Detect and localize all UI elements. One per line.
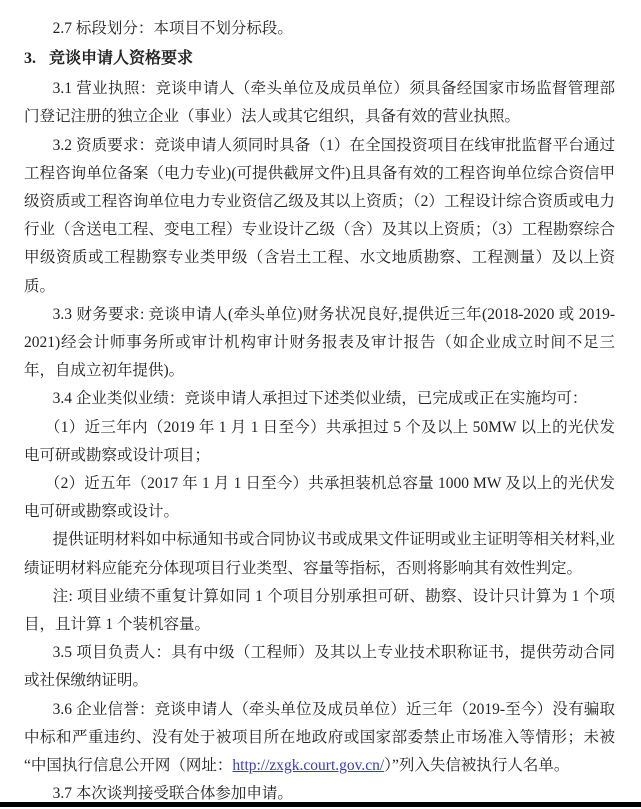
paragraph-3-5-project-manager: 3.5 项目负责人：具有中级（工程师）及其以上专业技术职称证书，提供劳动合同或社… bbox=[24, 639, 615, 695]
court-website-link[interactable]: http://zxgk.court.gov.cn/ bbox=[232, 757, 384, 774]
paragraph-3-4-track-record: 3.4 企业类似业绩：竞谈申请人承担过下述类似业绩，已完成或正在实施均可： bbox=[24, 385, 615, 413]
heading-number: 3. bbox=[24, 50, 36, 67]
paragraph-3-6-text-after-link: ）”列入失信被执行人名单。 bbox=[384, 757, 569, 774]
list-item-1-three-year-projects: （1）近三年内（2019 年 1 月 1 日至今）共承担过 5 个及以上 50M… bbox=[24, 414, 615, 470]
paragraph-3-6-reputation: 3.6 企业信誉：竞谈申请人（牵头单位及成员单位）近三年（2019-至今）没有骗… bbox=[24, 696, 615, 781]
document-body: 2.7 标段划分：本项目不划分标段。 3.竞谈申请人资格要求 3.1 营业执照：… bbox=[0, 0, 641, 808]
paragraph-note-no-duplicate-count: 注: 项目业绩不重复计算如同 1 个项目分别承担可研、勘察、设计只计算为 1 个… bbox=[24, 583, 615, 639]
section-3-heading: 3.竞谈申请人资格要求 bbox=[24, 44, 615, 73]
paragraph-evidence-materials: 提供证明材料如中标通知书或合同协议书或成果文件证明或业主证明等相关材料,业绩证明… bbox=[24, 526, 615, 582]
paragraph-3-2-qualification: 3.2 资质要求：竞谈申请人须同时具备（1）在全国投资项目在线审批监督平台通过工… bbox=[24, 132, 615, 301]
heading-title: 竞谈申请人资格要求 bbox=[49, 50, 193, 67]
paragraph-3-1-business-license: 3.1 营业执照：竞谈申请人（牵头单位及成员单位）须具备经国家市场监督管理部门登… bbox=[24, 75, 615, 131]
paragraph-3-3-financial: 3.3 财务要求: 竞谈申请人(牵头单位)财务状况良好,提供近三年(2018-2… bbox=[24, 301, 615, 386]
page-bottom-rule bbox=[0, 802, 641, 807]
list-item-2-five-year-capacity: （2）近五年（2017 年 1 月 1 日至今）共承担装机总容量 1000 MW… bbox=[24, 470, 615, 526]
paragraph-2-7-lot-division: 2.7 标段划分：本项目不划分标段。 bbox=[24, 15, 615, 43]
